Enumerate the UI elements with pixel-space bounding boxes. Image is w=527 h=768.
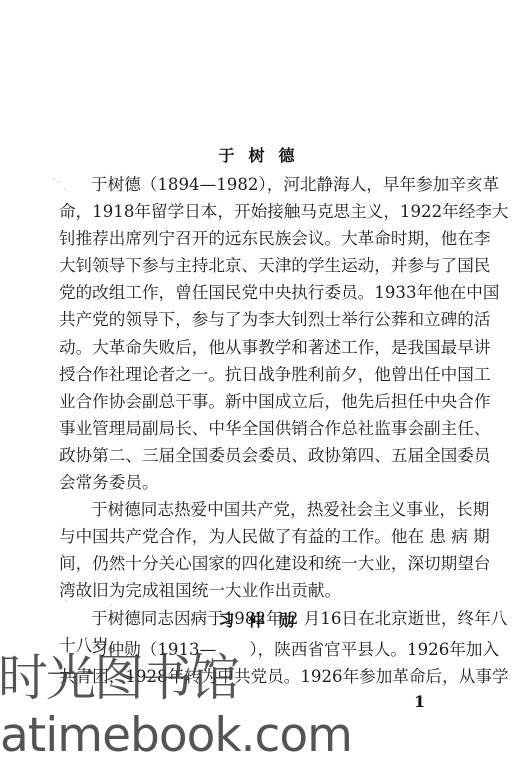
paragraph-line: 与中国共产党合作，为人民做了有益的工作。他在 患 病 期	[59, 523, 457, 550]
scan-speck	[64, 188, 66, 190]
scan-speck	[58, 181, 60, 183]
section-title-yu-shude: 于树德	[0, 143, 527, 166]
scan-speck	[102, 590, 104, 592]
paragraph-line: 会常务委员。	[59, 469, 457, 496]
section-body-yu-shude: 于树德（1894—1982），河北静海人，早年参加辛亥革 命，1918年留学日本…	[59, 171, 457, 659]
section-title-xi-zhongxun: 习仲勋	[0, 608, 527, 631]
scan-speck	[65, 600, 67, 602]
document-page: 于树德 于树德（1894—1982），河北静海人，早年参加辛亥革 命，1918年…	[0, 0, 527, 768]
paragraph-line: 共产党的领导下，参与了为李大钊烈士举行公葬和立碑的活	[59, 306, 457, 333]
watermark-chinese: 时光图书馆	[0, 650, 238, 706]
scan-speck	[110, 604, 112, 606]
paragraph-line: 于树德（1894—1982），河北静海人，早年参加辛亥革	[59, 171, 457, 198]
paragraph-line: 事业管理局副局长、中华全国供销合作总社监事会副主任、	[59, 415, 457, 442]
paragraph-line: 动。大革命失败后，他从事教学和著述工作，是我国最早讲	[59, 334, 457, 361]
scan-speck	[70, 560, 72, 562]
paragraph-line: 命，1918年留学日本，开始接触马克思主义，1922年经李大	[59, 198, 457, 225]
scan-speck	[53, 178, 55, 180]
watermark-url: atimebook.com	[0, 708, 352, 764]
page-number: 1	[414, 692, 425, 711]
paragraph-line: 钊推荐出席列宁召开的远东民族会议。大革命时期，他在李	[59, 225, 457, 252]
scan-speck	[62, 553, 64, 555]
paragraph-line: 授合作社理论者之一。抗日战争胜利前夕，他曾出任中国工	[59, 361, 457, 388]
paragraph-line: 党的改组工作，曾任国民党中央执行委员。1933年他在中国	[59, 279, 457, 306]
paragraph-line: 政协第二、三届全国委员会委员、政协第四、五届全国委员	[59, 442, 457, 469]
paragraph-line: 湾故旧为完成祖国统一大业作出贡献。	[59, 577, 457, 604]
paragraph-line: 于树德同志热爱中国共产党，热爱社会主义事业，长期	[59, 496, 457, 523]
paragraph-line: 间，仍然十分关心国家的四化建设和统一大业，深切期望台	[59, 550, 457, 577]
paragraph-line: 业合作协会副总干事。新中国成立后，他先后担任中央合作	[59, 388, 457, 415]
paragraph-line: 大钊领导下参与主持北京、天津的学生运动，并参与了国民	[59, 252, 457, 279]
